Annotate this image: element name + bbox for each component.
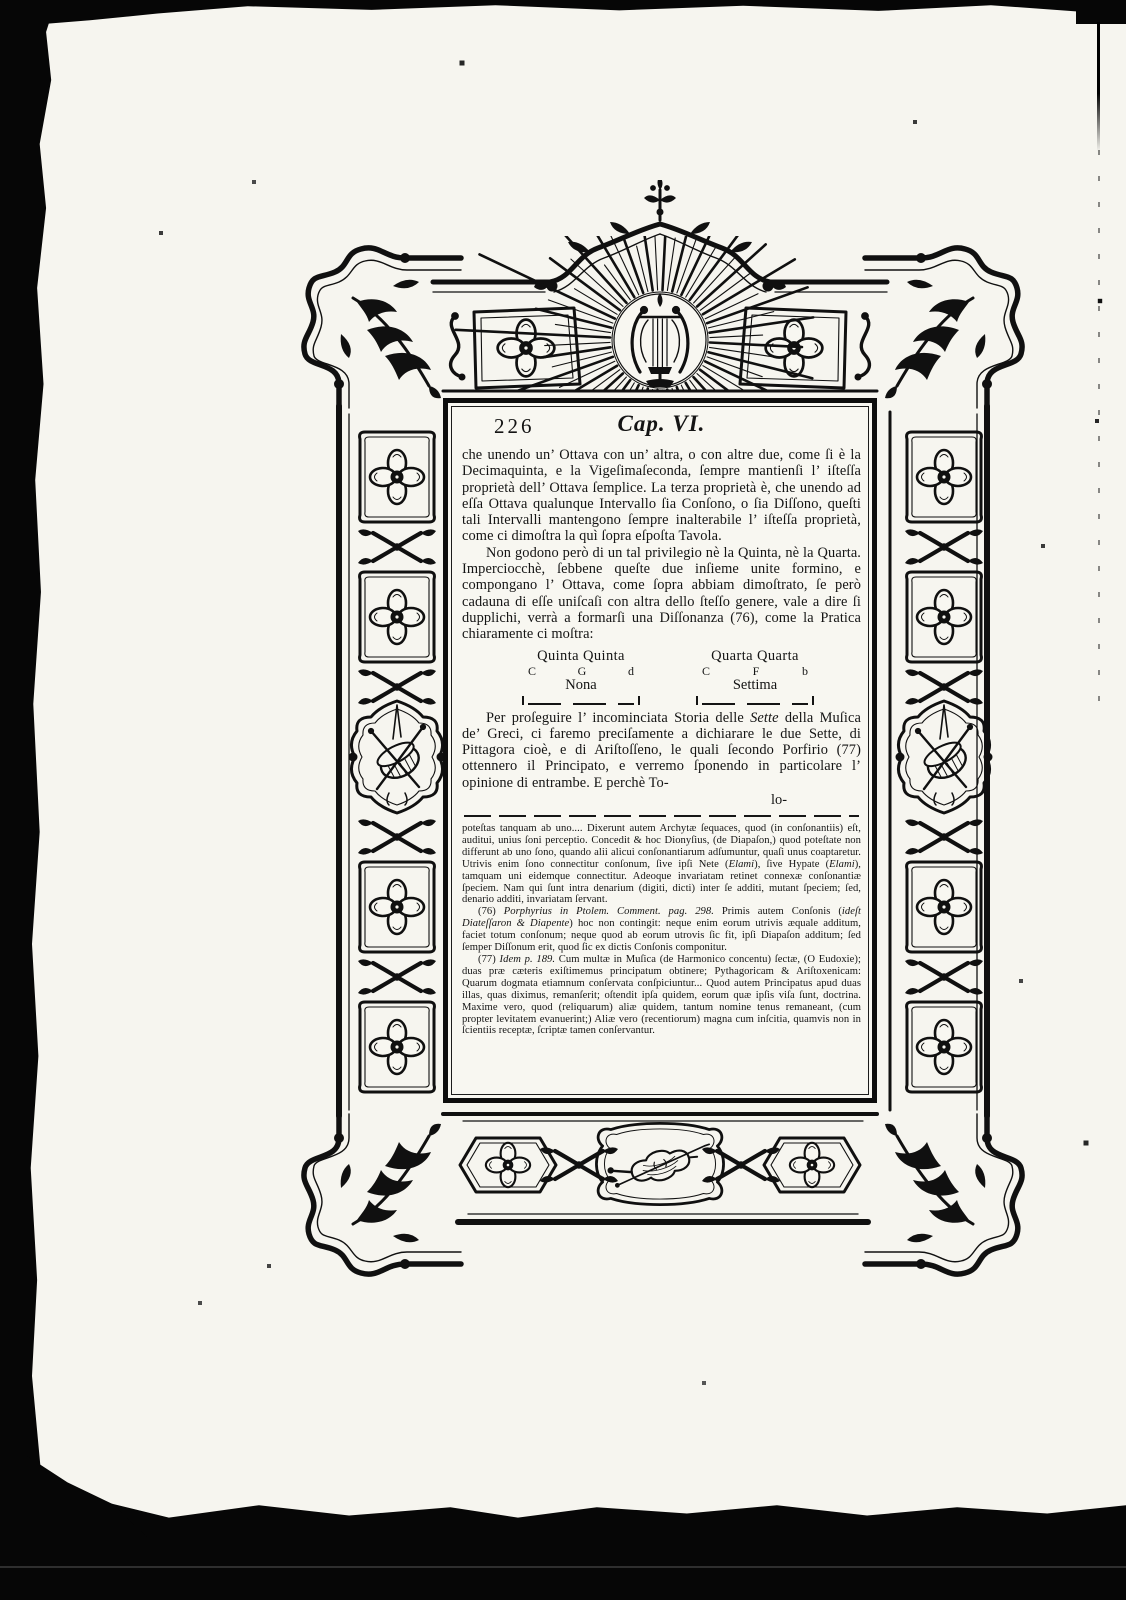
text-run: Per proſeguire l’ incominciata Storia de…	[486, 710, 750, 726]
bracket-underline	[522, 696, 640, 705]
note-letter: G	[578, 665, 587, 678]
example-notes: C F b	[696, 665, 814, 678]
paragraph: (77) Idem p. 189. Cum multæ in Muſica (d…	[462, 954, 861, 1037]
page-header: 226 Cap. VI.	[462, 411, 861, 444]
scan-artifact-left-edge	[0, 0, 64, 1600]
scan-artifact-crease-dots	[1098, 150, 1100, 710]
text-panel: 226 Cap. VI. che unendo un’ Ottava con u…	[443, 398, 877, 1103]
text-run: che unendo un’ Ottava con un’ altra, o c…	[462, 447, 861, 544]
text-run: (76)	[478, 906, 504, 917]
interval-example-quinta: Quinta Quinta C G d Nona	[522, 648, 640, 705]
top-left-rosette-panel	[474, 308, 580, 388]
footnotes: poteſtas tanquam ab uno.... Dixerunt aut…	[462, 823, 861, 1037]
corner-flourish-top-right	[865, 248, 1022, 410]
scan-artifact-top-edge	[0, 0, 1126, 26]
text-run: (77)	[478, 954, 500, 965]
drum-ornament-left	[349, 701, 445, 813]
example-interval: Nona	[522, 678, 640, 693]
finial-icon	[644, 180, 676, 220]
paragraph: Per proſeguire l’ incominciata Storia de…	[462, 710, 861, 791]
example-notes: C G d	[522, 665, 640, 678]
italic-run: Elami	[829, 859, 855, 870]
italic-run: Idem p. 189.	[500, 954, 556, 965]
lyre-icon	[612, 292, 708, 388]
paragraph: (76) Porphyrius in Ptolem. Comment. pag.…	[462, 906, 861, 954]
note-letter: C	[528, 665, 536, 678]
italic-run: Porphyrius in Ptolem. Comment. pag. 298.	[504, 906, 714, 917]
corner-flourish-top-left	[304, 248, 461, 410]
scan-artifact-fold-line	[0, 1566, 1126, 1568]
corner-flourish-bottom-right	[865, 1112, 1022, 1274]
scanned-book-page: 226 Cap. VI. che unendo un’ Ottava con u…	[0, 0, 1126, 1600]
interval-example-quarta: Quarta Quarta C F b Settima	[696, 648, 814, 705]
text-run: Non godono però di un tal privilegio nè …	[462, 545, 861, 642]
example-title: Quarta Quarta	[696, 648, 814, 665]
italic-run: Elami	[729, 859, 755, 870]
violin-icon	[606, 1141, 709, 1194]
paragraph: poteſtas tanquam ab uno.... Dixerunt aut…	[462, 823, 861, 906]
chapter-heading: Cap. VI.	[462, 411, 861, 437]
text-run: ), ſive Hypate (	[754, 859, 829, 870]
catchword: lo-	[462, 792, 861, 808]
example-title: Quinta Quinta	[522, 648, 640, 665]
footnote-separator	[464, 815, 859, 817]
note-letter: F	[753, 665, 760, 678]
scan-artifact-top-right	[1076, 0, 1126, 24]
interval-examples: Quinta Quinta C G d Nona Quarta Quarta C…	[522, 648, 861, 705]
text-panel-inner: 226 Cap. VI. che unendo un’ Ottava con u…	[451, 406, 869, 1095]
paragraph: che unendo un’ Ottava con un’ altra, o c…	[462, 447, 861, 545]
body-paragraphs-after: Per proſeguire l’ incominciata Storia de…	[462, 710, 861, 791]
text-run: Primis autem Conſonis (	[714, 906, 842, 917]
example-interval: Settima	[696, 678, 814, 693]
corner-flourish-bottom-left	[304, 1112, 461, 1274]
note-letter: d	[628, 665, 634, 678]
body-paragraphs: che unendo un’ Ottava con un’ altra, o c…	[462, 447, 861, 643]
note-letter: b	[802, 665, 808, 678]
paragraph: Non godono però di un tal privilegio nè …	[462, 545, 861, 643]
scan-artifact-bottom-edge	[0, 1497, 1126, 1600]
scan-artifact-crease	[1097, 22, 1100, 152]
bracket-underline	[696, 696, 814, 705]
text-run: Cum multæ in Muſica (de Harmonico concen…	[462, 954, 861, 1036]
note-letter: C	[702, 665, 710, 678]
italic-run: Sette	[750, 710, 778, 726]
